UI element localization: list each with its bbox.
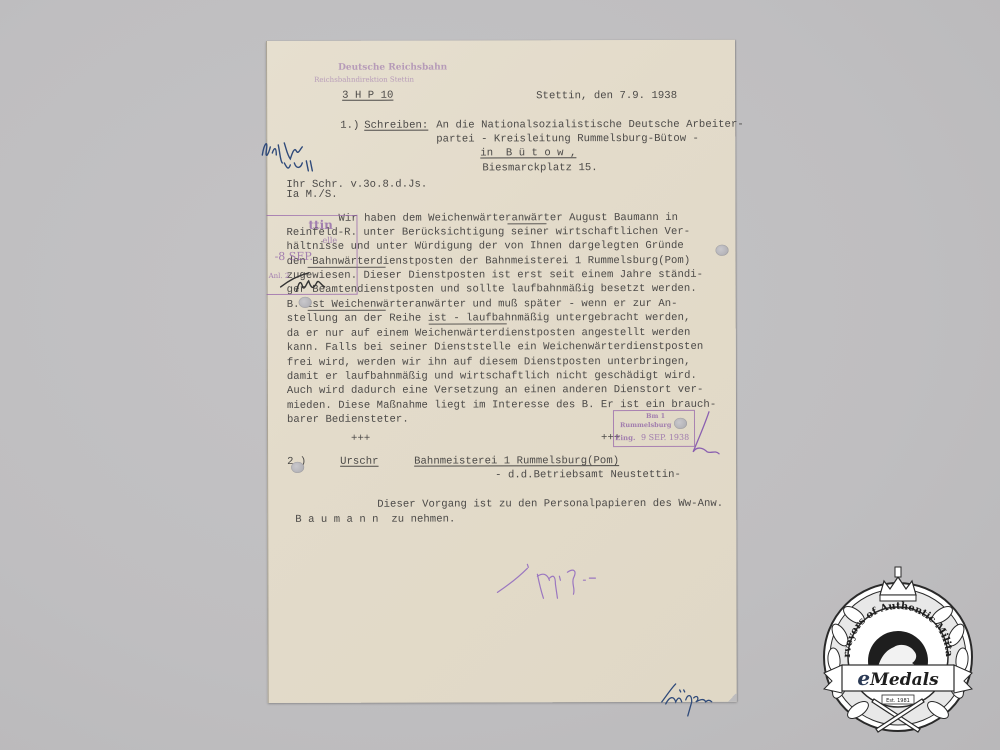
section2-via: - d.d.Betriebsamt Neustettin- [495, 468, 681, 482]
punch-hole [291, 462, 304, 473]
handwritten-initial-black [279, 269, 329, 295]
body-line: damit er laufbahnmäßig und wirtschaftlic… [287, 369, 697, 384]
closing-line2: B a u m a n n zu nehmen. [295, 513, 455, 527]
underline-baumann [507, 223, 546, 224]
stamp-right-line2: Rummelsburg [620, 421, 671, 429]
handwritten-annotation-blue [254, 133, 324, 178]
address-line3: in B ü t o w , [480, 146, 576, 160]
body-line: kann. Falls bei seiner Dienststelle ein … [287, 340, 704, 355]
handwritten-signature-blue [658, 680, 718, 720]
underline-laufbahnmaessig [429, 323, 507, 324]
emedals-logo-icon: Purveyors of Authentic Militaria eMedals… [818, 565, 978, 740]
body-line: frei wird, werden wir ihn auf diesem Die… [287, 355, 691, 370]
body-line: Auch wird dadurch eine Versetzung an ein… [287, 383, 704, 398]
address-line1: An die Nationalsozialistische Deutsche A… [436, 118, 744, 133]
letterhead-line1: Deutsche Reichsbahn [338, 63, 447, 73]
closing-line1: Dieser Vorgang ist zu den Personalpapier… [377, 497, 723, 512]
section1-number: 1.) [340, 119, 359, 133]
address-line2: partei - Kreisleitung Rummelsburg-Bütow … [436, 132, 699, 147]
underline-weichenwaerter [308, 310, 386, 311]
svg-text:Est. 1981: Est. 1981 [886, 698, 910, 704]
document-page: Deutsche Reichsbahn Reichsbahndirektion … [266, 40, 737, 703]
stamp-left-line1: ttin [308, 218, 332, 232]
section1-label: Schreiben: [364, 119, 428, 133]
punch-hole [716, 245, 729, 256]
place-date: Stettin, den 7.9. 1938 [536, 89, 677, 103]
stamp-right-line1: Bm 1 [646, 412, 665, 420]
section2-label: Urschr [340, 455, 378, 469]
body-line: da er nur auf einem Weichenwärterdienstp… [287, 326, 691, 341]
letterhead-line2: Reichsbahndirektion Stettin [314, 76, 414, 84]
svg-text:eMedals: eMedals [857, 666, 939, 690]
stamp-right-received: Eing. [615, 433, 635, 442]
punch-hole [299, 297, 312, 308]
your-ref-initials: Ia M./S. [286, 188, 337, 202]
reference-number: 3 H P 10 [342, 89, 393, 103]
stamp-right-date: 9 SEP. 1938 [641, 433, 689, 442]
section2-recipient: Bahnmeisterei 1 Rummelsburg(Pom) [414, 454, 619, 469]
separator-left: +++ [351, 432, 370, 446]
stamp-left-line2: elle [323, 236, 338, 245]
body-line: barer Bediensteter. [287, 413, 409, 427]
handwritten-mark-violet [687, 410, 727, 460]
address-line4: Biesmarckplatz 15. [482, 161, 597, 175]
handwritten-signature-violet [493, 554, 603, 604]
punch-hole [674, 418, 687, 429]
emedals-watermark: Purveyors of Authentic Militaria eMedals… [818, 565, 978, 740]
stamp-left-date: -8 SEP. [275, 250, 313, 263]
page-corner-fold [727, 694, 737, 702]
